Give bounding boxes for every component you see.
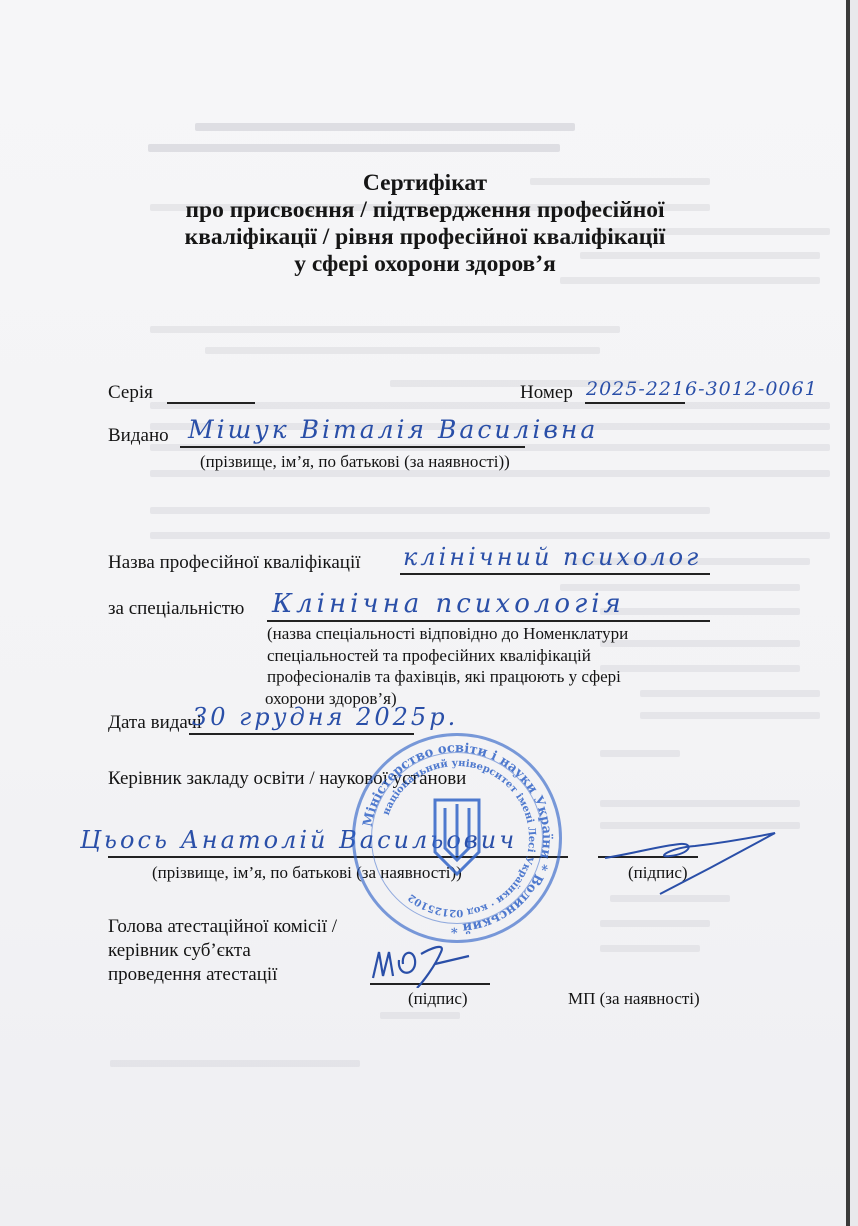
specialty-field-line — [267, 620, 710, 622]
specialty-hint-line: професіоналів та фахівців, які працюють … — [267, 666, 628, 688]
qualification-label: Назва професійної кваліфікації — [108, 552, 361, 574]
qualification-value[interactable]: клінічний психолог — [403, 543, 701, 571]
specialty-label: за спеціальністю — [108, 598, 244, 620]
commission-signature-hint: (підпис) — [408, 988, 468, 1010]
seal-hint: МП (за наявності) — [568, 988, 700, 1010]
official-seal: Міністерство освіти і науки України * Во… — [352, 733, 562, 943]
commission-signature-icon — [365, 938, 475, 988]
certificate-page: Сертифікат про присвоєння / підтвердженн… — [0, 0, 846, 1226]
specialty-hint: (назва спеціальності відповідно до Номен… — [267, 623, 628, 709]
specialty-value[interactable]: Клінічна психологія — [272, 589, 625, 619]
commission-head-label: Голова атестаційної комісії / керівник с… — [108, 915, 337, 987]
title-line: про присвоєння / підтвердження професійн… — [120, 197, 730, 224]
issue-date-label: Дата видачі — [108, 712, 202, 734]
title-line: кваліфікації / рівня професійної кваліфі… — [120, 224, 730, 251]
series-field[interactable] — [167, 402, 255, 404]
specialty-hint-line: спеціальностей та професійних кваліфікац… — [267, 645, 628, 667]
number-field-line — [585, 402, 685, 404]
seal-text-icon: Міністерство освіти і науки України * Во… — [355, 736, 559, 940]
issued-to-label: Видано — [108, 425, 169, 447]
issued-to-hint: (прізвище, ім’я, по батькові (за наявнос… — [200, 451, 510, 473]
issued-to-field-line — [180, 446, 525, 448]
specialty-hint-line: (назва спеціальності відповідно до Номен… — [267, 623, 628, 645]
commission-label-line: керівник суб’єкта — [108, 939, 337, 963]
commission-label-line: проведення атестації — [108, 963, 337, 987]
title-line: Сертифікат — [120, 170, 730, 197]
issue-date-value[interactable]: 30 грудня 2025р. — [192, 703, 458, 731]
number-label: Номер — [520, 382, 573, 404]
commission-label-line: Голова атестаційної комісії / — [108, 915, 337, 939]
scan-margin — [850, 0, 858, 1226]
title-line: у сфері охорони здоров’я — [120, 251, 730, 278]
head-signature-icon — [600, 828, 780, 898]
series-label: Серія — [108, 382, 153, 404]
svg-text:національний університет імені: національний університет імені Лесі Укра… — [381, 758, 537, 918]
qualification-field-line — [400, 573, 710, 575]
issued-to-value[interactable]: Мішук Віталія Василівна — [188, 415, 598, 444]
certificate-title: Сертифікат про присвоєння / підтвердженн… — [120, 170, 730, 278]
issue-date-field-line — [189, 733, 414, 735]
number-value[interactable]: 2025-2216-3012-0061 — [586, 378, 818, 400]
